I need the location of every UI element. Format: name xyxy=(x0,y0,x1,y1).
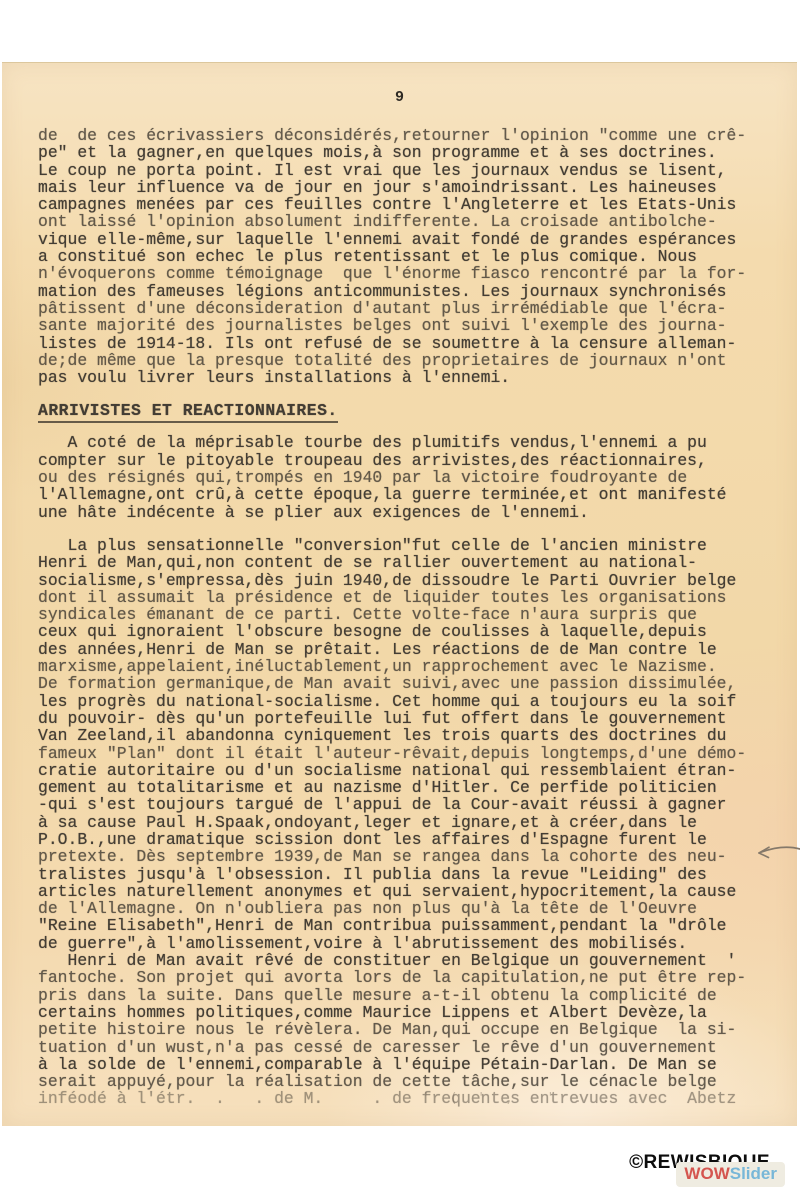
paragraph-3: La plus sensationnelle "conversion"fut c… xyxy=(38,537,783,952)
text-line: De formation germanique,de Man avait sui… xyxy=(38,675,783,692)
paragraph-4: Henri de Man avait rêvé de constituer en… xyxy=(38,952,783,1108)
text-line: ont laissé l'opinion absolument indiffer… xyxy=(38,213,783,230)
text-line: Henri de Man avait rêvé de constituer en… xyxy=(38,952,783,969)
text-line: Henri de Man,qui,non content de se ralli… xyxy=(38,554,783,571)
text-line: l'Allemagne,ont crû,à cette époque,la gu… xyxy=(38,486,783,503)
text-line: des années,Henri de Man se prêtait. Les … xyxy=(38,641,783,658)
text-line: à la solde de l'ennemi,comparable à l'éq… xyxy=(38,1056,783,1073)
text-line: compter sur le pitoyable troupeau des ar… xyxy=(38,452,783,469)
text-line: petite histoire nous le révèlera. De Man… xyxy=(38,1021,783,1038)
text-line: syndicales émanant de ce parti. Cette vo… xyxy=(38,606,783,623)
text-line: gement au totalitarisme et au nazisme d'… xyxy=(38,779,783,796)
text-line: de guerre",à l'amolissement,voire à l'ab… xyxy=(38,935,783,952)
text-line: ou des résignés qui,trompés en 1940 par … xyxy=(38,469,783,486)
text-line: socialisme,s'empressa,dès juin 1940,de d… xyxy=(38,572,783,589)
paragraph-1: de de ces écrivassiers déconsidérés,reto… xyxy=(38,127,783,386)
wowslider-badge-slider: Slider xyxy=(730,1164,777,1183)
text-line: ceux qui ignoraient l'obscure besogne de… xyxy=(38,623,783,640)
text-line: n'évoquerons comme témoignage que l'énor… xyxy=(38,265,783,282)
text-line: les progrès du national-socialisme. Cet … xyxy=(38,693,783,710)
section-heading: ARRIVISTES ET REACTIONNAIRES. xyxy=(38,402,338,422)
text-line: à sa cause Paul H.Spaak,ondoyant,leger e… xyxy=(38,814,783,831)
text-line: certains hommes politiques,comme Maurice… xyxy=(38,1004,783,1021)
wowslider-badge[interactable]: WOWSlider xyxy=(676,1162,785,1187)
text-line: tralistes jusqu'à l'obsession. Il publia… xyxy=(38,866,783,883)
paragraph-2: A coté de la méprisable tourbe des plumi… xyxy=(38,434,783,520)
text-line: pe" et la gagner,en quelques mois,à son … xyxy=(38,144,783,161)
text-line: pris dans la suite. Dans quelle mesure a… xyxy=(38,987,783,1004)
scanned-page: 9 de de ces écrivassiers déconsidérés,re… xyxy=(2,62,797,1126)
text-line: fantoche. Son projet qui avorta lors de … xyxy=(38,969,783,986)
text-line: vique elle-même,sur laquelle l'ennemi av… xyxy=(38,231,783,248)
text-line: cratie autoritaire ou d'un socialisme na… xyxy=(38,762,783,779)
text-line: -qui s'est toujours targué de l'appui de… xyxy=(38,796,783,813)
text-line: listes de 1914-18. Ils ont refusé de se … xyxy=(38,335,783,352)
text-line: mation des fameuses légions anticommunis… xyxy=(38,283,783,300)
text-line: mais leur influence va de jour en jour s… xyxy=(38,179,783,196)
text-line: fameux "Plan" dont il était l'auteur-rêv… xyxy=(38,745,783,762)
text-line: marxisme,appelaient,inéluctablement,un r… xyxy=(38,658,783,675)
text-line: de;de même que la presque totalité des p… xyxy=(38,352,783,369)
faint-ink-marks: ' ( ' , ' . . xyxy=(422,1091,752,1106)
text-line: pretexte. Dès septembre 1939,de Man se r… xyxy=(38,848,783,865)
text-line: de de ces écrivassiers déconsidérés,reto… xyxy=(38,127,783,144)
text-line: La plus sensationnelle "conversion"fut c… xyxy=(38,537,783,554)
text-line: pas voulu livrer leurs installations à l… xyxy=(38,369,783,386)
text-line: une hâte indécente à se plier aux exigen… xyxy=(38,504,783,521)
wowslider-badge-wow: WOW xyxy=(684,1164,729,1183)
text-line: de l'Allemagne. On n'oubliera pas non pl… xyxy=(38,900,783,917)
text-line: dont il assumait la présidence et de liq… xyxy=(38,589,783,606)
text-line: Le coup ne porta point. Il est vrai que … xyxy=(38,162,783,179)
text-line: A coté de la méprisable tourbe des plumi… xyxy=(38,434,783,451)
text-line: Van Zeeland,il abandonna cyniquement les… xyxy=(38,727,783,744)
text-line: tuation d'un wust,n'a pas cessé de cares… xyxy=(38,1039,783,1056)
section-heading-row: ARRIVISTES ET REACTIONNAIRES. xyxy=(38,402,783,421)
text-line: campagnes menées par ces feuilles contre… xyxy=(38,196,783,213)
handwritten-left-arrow-icon xyxy=(753,840,800,866)
text-line: serait appuyé,pour la réalisation de cet… xyxy=(38,1073,783,1090)
page-number: 9 xyxy=(2,89,797,106)
text-line: du pouvoir- dès qu'un portefeuille lui f… xyxy=(38,710,783,727)
text-line: sante majorité des journalistes belges o… xyxy=(38,317,783,334)
document-text: de de ces écrivassiers déconsidérés,reto… xyxy=(38,127,783,1108)
text-line: "Reine Elisabeth",Henri de Man contribua… xyxy=(38,917,783,934)
text-line: articles naturellement anonymes et qui s… xyxy=(38,883,783,900)
text-line: P.O.B.,une dramatique scission dont les … xyxy=(38,831,783,848)
text-line: a constitué son echec le plus retentissa… xyxy=(38,248,783,265)
text-line: pâtissent d'une déconsideration d'autant… xyxy=(38,300,783,317)
